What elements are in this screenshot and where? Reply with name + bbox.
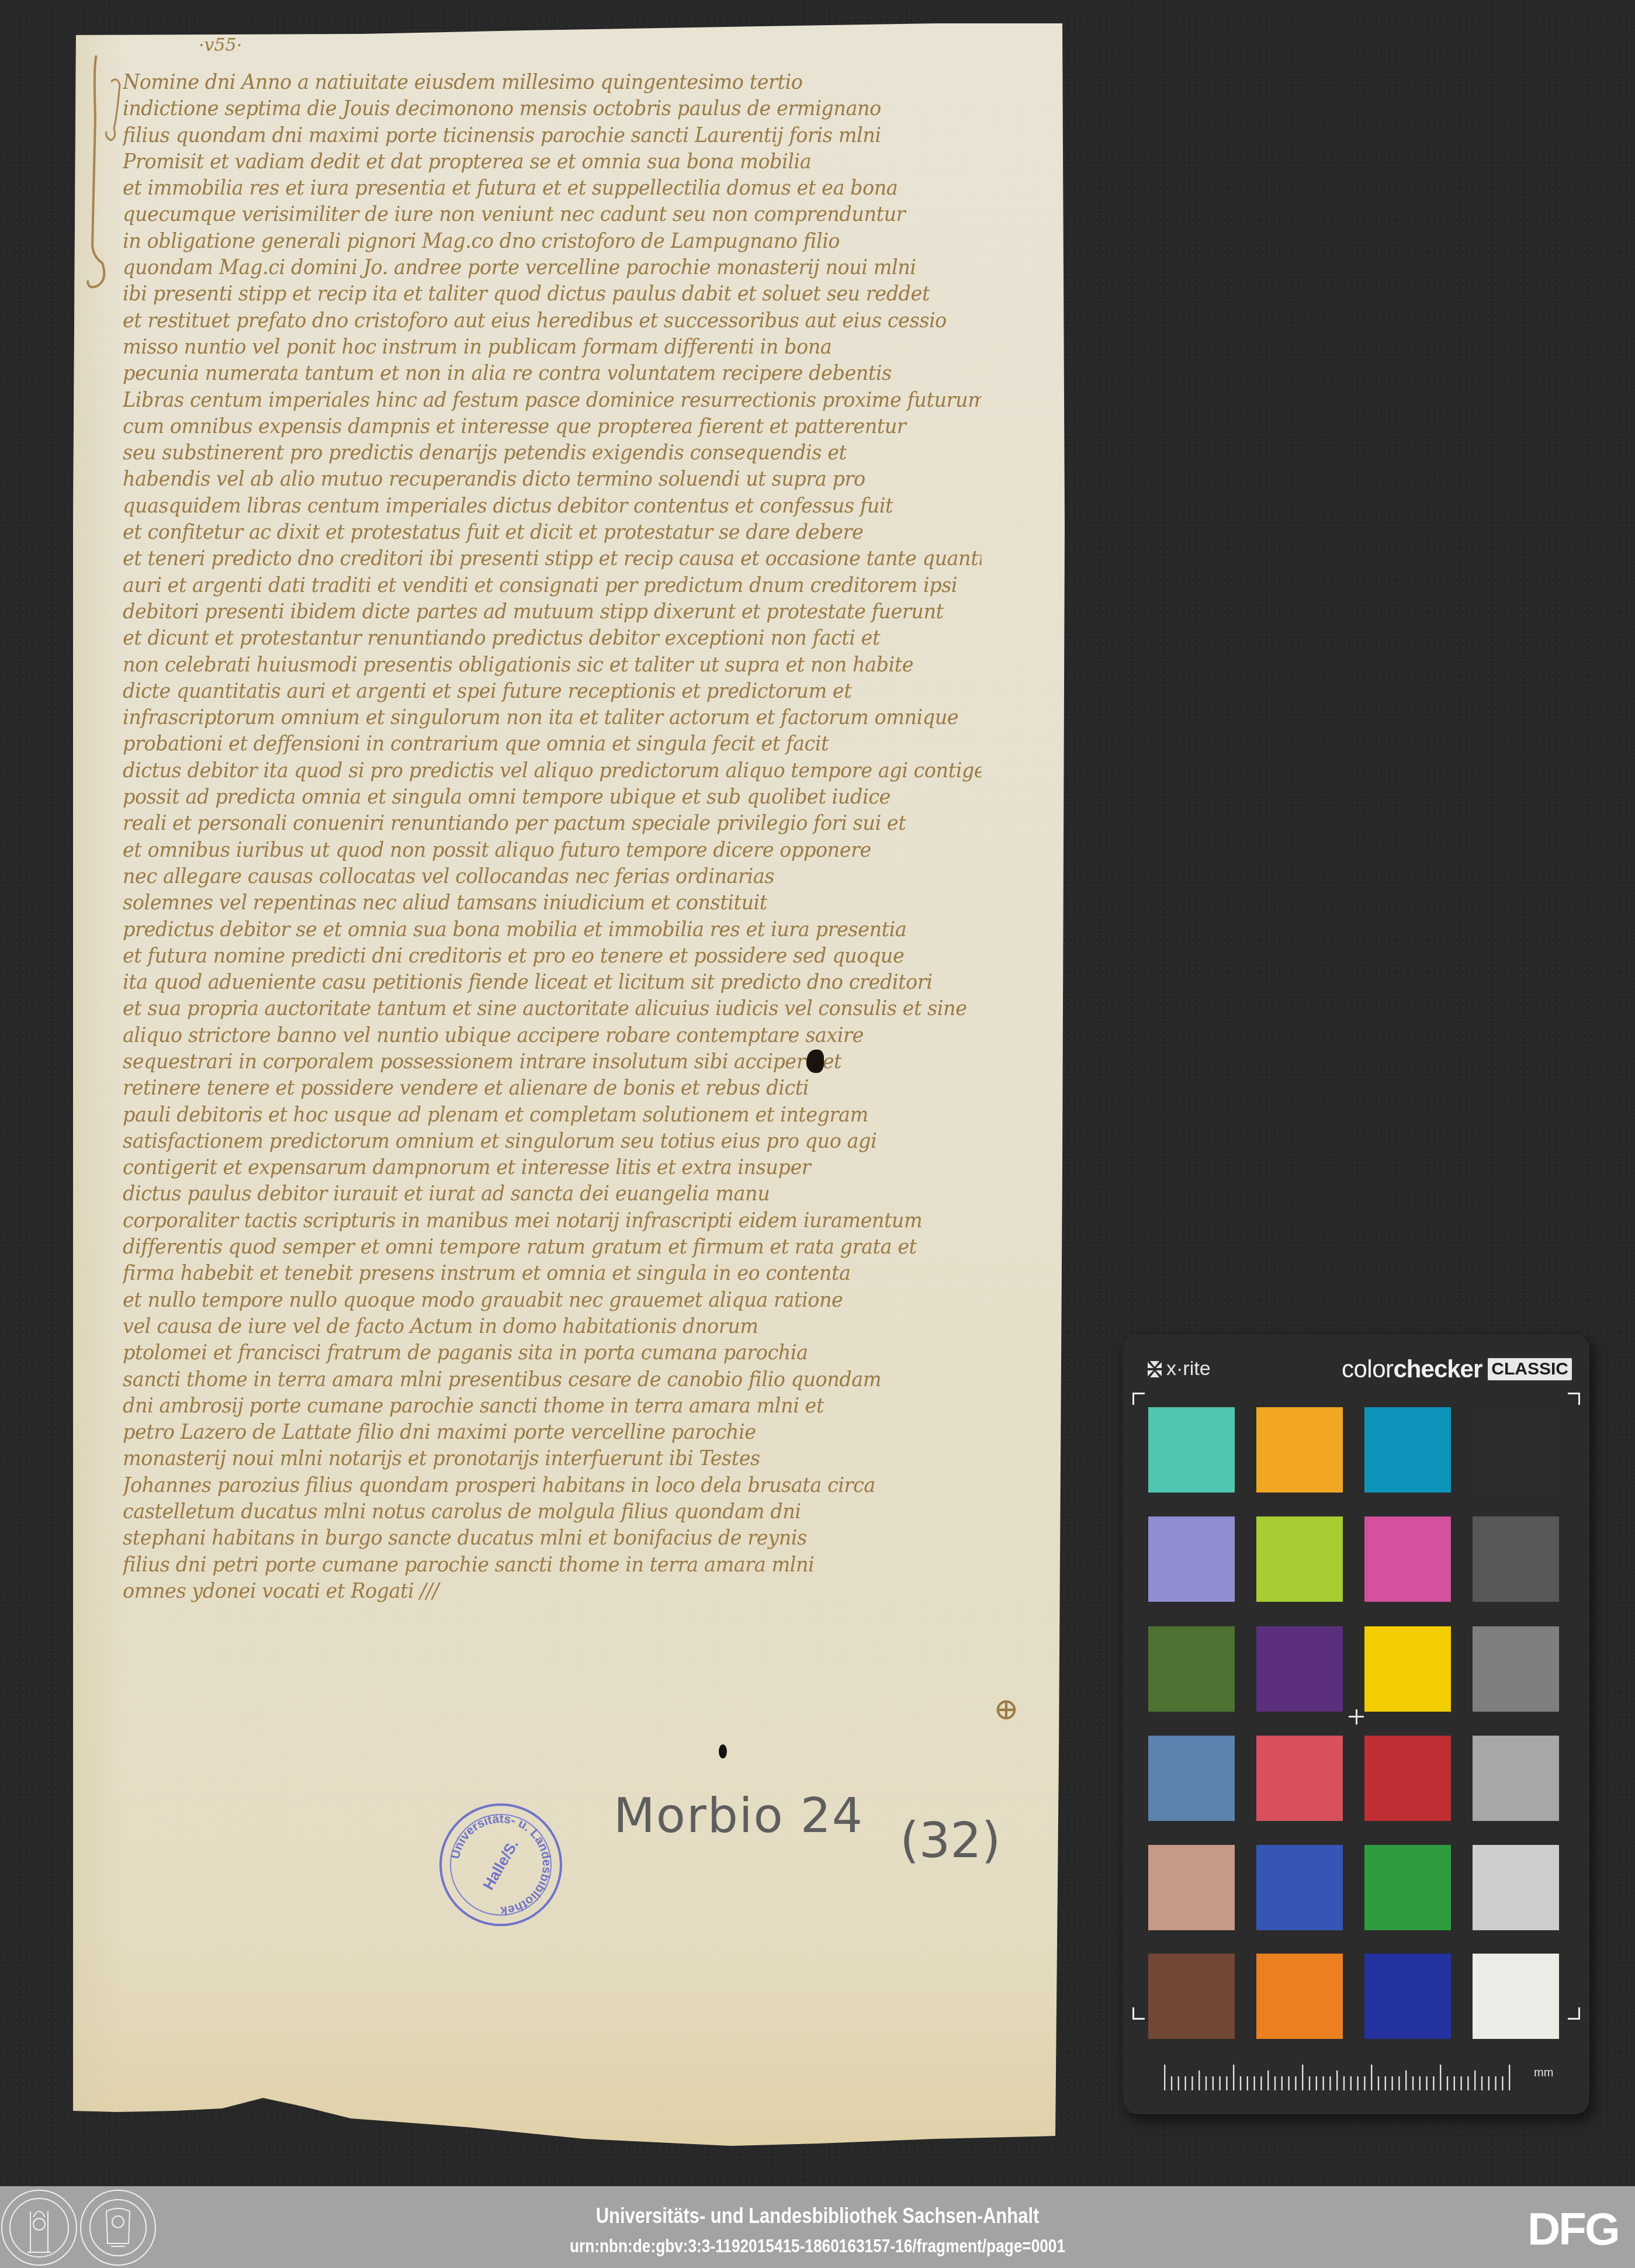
urn-identifier: urn:nbn:de:gbv:3:3-1192015415-1860163157… <box>147 2235 1488 2257</box>
manuscript-line: misso nuntio vel ponit hoc instrum in pu… <box>123 334 981 360</box>
manuscript-line: et sua propria auctoritate tantum et sin… <box>123 995 981 1022</box>
manuscript-line: castelletum ducatus mlni notus carolus d… <box>123 1498 981 1525</box>
registration-corner <box>1568 1393 1580 1405</box>
manuscript-line: pauli debitoris et hoc usque ad plenam e… <box>123 1102 981 1128</box>
notary-sign-icon: ⊕ <box>993 1692 1019 1727</box>
dfg-logo: DFG <box>1527 2206 1619 2252</box>
manuscript-line: Nomine dni Anno a natiuitate eiusdem mil… <box>123 69 981 95</box>
manuscript-line: et teneri predicto dno creditori ibi pre… <box>123 545 981 572</box>
color-patch <box>1148 1954 1235 2039</box>
manuscript-line: et confitetur ac dixit et protestatus fu… <box>123 519 981 545</box>
manuscript-line: corporaliter tactis scripturis in manibu… <box>123 1207 981 1234</box>
parchment-hole <box>806 1050 824 1073</box>
color-patch <box>1256 1516 1343 1602</box>
manuscript-line: omnes ydonei vocati et Rogati /// <box>123 1578 981 1604</box>
ruler-unit: mm <box>1534 2066 1553 2080</box>
manuscript-line: ita quod adueniente casu petitionis fien… <box>123 969 981 995</box>
registration-corner <box>1568 2007 1580 2020</box>
manuscript-line: firma habebit et tenebit presens instrum… <box>123 1260 981 1286</box>
manuscript-line: Johannes parozius filius quondam prosper… <box>123 1472 981 1498</box>
library-stamp: Universitäts- u. Landesbibliothek Halle/… <box>439 1803 562 1926</box>
color-patch <box>1364 1845 1451 1930</box>
manuscript-line: dictus paulus debitor iurauit et iurat a… <box>123 1180 981 1207</box>
manuscript-line: cum omnibus expensis dampnis et interess… <box>123 413 981 439</box>
xrite-icon <box>1146 1361 1163 1377</box>
color-patch <box>1473 1407 1559 1493</box>
manuscript-line: pecunia numerata tantum et non in alia r… <box>123 360 981 386</box>
manuscript-line: et nullo tempore nullo quoque modo graua… <box>123 1287 981 1313</box>
manuscript-line: petro Lazero de Lattate filio dni maximi… <box>123 1419 981 1445</box>
color-patch <box>1364 1954 1451 2039</box>
manuscript-line: habendis vel ab alio mutuo recuperandis … <box>123 466 981 492</box>
manuscript-line: possit ad predicta omnia et singula omni… <box>123 784 981 810</box>
crosshair-icon <box>1349 1709 1364 1725</box>
manuscript-line <box>123 1657 981 1684</box>
manuscript-line: sequestrari in corporalem possessionem i… <box>123 1048 981 1075</box>
color-patch <box>1148 1845 1235 1930</box>
institution-name: Universitäts- und Landesbibliothek Sachs… <box>115 2204 1520 2228</box>
manuscript-line: solemnes vel repentinas nec aliud tamsan… <box>123 889 981 916</box>
manuscript-line: predictus debitor se et omnia sua bona m… <box>123 916 981 943</box>
registration-corner <box>1132 2007 1145 2020</box>
manuscript-line: quecumque verisimiliter de iure non veni… <box>123 201 981 227</box>
color-patch <box>1473 1736 1559 1821</box>
color-patch <box>1256 1626 1343 1712</box>
footer-bar: Universitäts- und Landesbibliothek Sachs… <box>0 2186 1635 2268</box>
manuscript-text: Nomine dni Anno a natiuitate eiusdem mil… <box>123 69 1046 1684</box>
color-patch <box>1148 1516 1235 1602</box>
manuscript-line: dni ambrosij porte cumane parochie sanct… <box>123 1393 981 1419</box>
manuscript-line: sancti thome in terra amara mlni present… <box>123 1366 981 1393</box>
pencil-number: (32) <box>900 1812 1000 1869</box>
color-patch <box>1256 1736 1343 1821</box>
manuscript-line: reali et personali conueniri renuntiando… <box>123 810 981 836</box>
registration-corner <box>1132 1393 1145 1405</box>
manuscript-line: ptolomei et francisci fratrum de paganis… <box>123 1339 981 1366</box>
manuscript-line: quasquidem libras centum imperiales dict… <box>123 493 981 519</box>
manuscript-line: Promisit et vadiam dedit et dat proptere… <box>123 148 981 175</box>
manuscript-line: in obligatione generali pignori Mag.co d… <box>123 228 981 254</box>
xrite-logo: x·rite <box>1146 1358 1211 1380</box>
manuscript-line: non celebrati huiusmodi presentis obliga… <box>123 652 981 678</box>
manuscript-line: auri et argenti dati traditi et venditi … <box>123 572 981 598</box>
pencil-shelfmark: Morbio 24 <box>614 1788 864 1844</box>
manuscript-line: et futura nomine predicti dni creditoris… <box>123 943 981 969</box>
manuscript-line: aliquo strictore banno vel nuntio ubique… <box>123 1022 981 1048</box>
manuscript-line <box>123 1604 981 1630</box>
color-patch <box>1364 1407 1451 1493</box>
manuscript-line: retinere tenere et possidere vendere et … <box>123 1075 981 1101</box>
manuscript-line: filius dni petri porte cumane parochie s… <box>123 1552 981 1578</box>
manuscript-line: debitori presenti ibidem dicte partes ad… <box>123 598 981 625</box>
color-patch <box>1256 1845 1343 1930</box>
seal-left-icon <box>2 2190 77 2265</box>
manuscript-line <box>123 1631 981 1657</box>
manuscript-line: contigerit et expensarum dampnorum et in… <box>123 1154 981 1180</box>
manuscript-line: indictione septima die Jouis decimonono … <box>123 95 981 122</box>
manuscript-line: satisfactionem predictorum omnium et sin… <box>123 1128 981 1154</box>
color-patch <box>1148 1407 1235 1493</box>
manuscript-line: monasterij noui mlni notarijs et pronota… <box>123 1445 981 1471</box>
manuscript-line: et restituet prefato dno cristoforo aut … <box>123 307 981 334</box>
manuscript-line: probationi et deffensioni in contrarium … <box>123 730 981 757</box>
folio-number: ·v55· <box>199 35 242 56</box>
color-patch <box>1473 1626 1559 1712</box>
manuscript-line: quondam Mag.ci domini Jo. andree porte v… <box>123 254 981 281</box>
ink-blot <box>719 1744 727 1758</box>
classic-badge: CLASSIC <box>1488 1358 1572 1380</box>
color-patch <box>1256 1954 1343 2039</box>
color-patch <box>1256 1407 1343 1493</box>
color-patch <box>1364 1736 1451 1821</box>
color-patch <box>1148 1626 1235 1712</box>
manuscript-line: differentis quod semper et omni tempore … <box>123 1234 981 1260</box>
manuscript-line: seu substinerent pro predictis denarijs … <box>123 439 981 466</box>
manuscript-line: stephani habitans in burgo sancte ducatu… <box>123 1525 981 1551</box>
manuscript-line: vel causa de iure vel de facto Actum in … <box>123 1313 981 1339</box>
color-patch <box>1473 1845 1559 1930</box>
manuscript-line: et immobilia res et iura presentia et fu… <box>123 175 981 201</box>
color-patch <box>1473 1954 1559 2039</box>
manuscript-line: ibi presenti stipp et recip ita et talit… <box>123 281 981 307</box>
color-patch <box>1364 1516 1451 1602</box>
xrite-brand: x·rite <box>1166 1358 1211 1380</box>
colorchecker-title: color checker CLASSIC <box>1342 1355 1572 1383</box>
mm-ruler <box>1158 2063 1532 2093</box>
title-bold: checker <box>1394 1355 1482 1383</box>
manuscript-line: et omnibus iuribus ut quod non possit al… <box>123 837 981 863</box>
title-light: color <box>1342 1355 1394 1383</box>
color-patch <box>1148 1736 1235 1821</box>
color-patch <box>1473 1516 1559 1602</box>
manuscript-line: filius quondam dni maximi porte ticinens… <box>123 122 981 148</box>
manuscript-line: infrascriptorum omnium et singulorum non… <box>123 704 981 730</box>
color-patch <box>1364 1626 1451 1712</box>
manuscript-line: dicte quantitatis auri et argenti et spe… <box>123 678 981 704</box>
manuscript-line: et dicunt et protestantur renuntiando pr… <box>123 625 981 651</box>
manuscript-line: Libras centum imperiales hinc ad festum … <box>123 387 981 413</box>
manuscript-line: nec allegare causas collocatas vel collo… <box>123 863 981 889</box>
manuscript-line: dictus debitor ita quod si pro predictis… <box>123 757 981 784</box>
